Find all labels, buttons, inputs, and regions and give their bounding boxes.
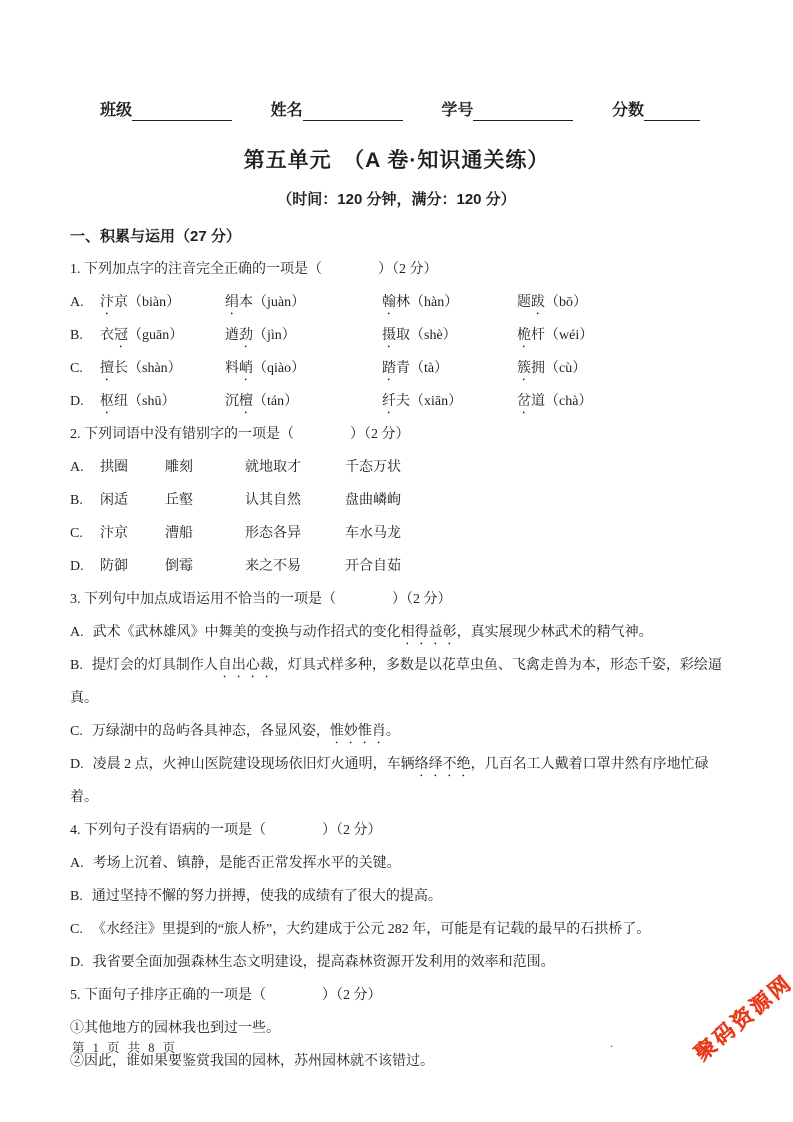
name-field-label: 姓名	[271, 101, 303, 121]
q1-option-c: C. 擅长（shàn） 料峭（qiào） 踏青（tà） 簇拥（cù）	[70, 352, 723, 385]
q2-stem: 2. 下列词语中没有错别字的一项是（ ）（2 分）	[70, 418, 723, 451]
q3-option-b: B.提灯会的灯具制作人自出心裁，灯具式样多种，多数是以花草虫鱼、飞禽走兽为本，形…	[70, 649, 723, 715]
q2-word: 汴京	[100, 517, 165, 550]
option-label: C.	[70, 352, 91, 385]
q1-term: 摄取（shè）	[382, 319, 517, 352]
dotted-idiom: 相得益彰	[401, 625, 457, 640]
q1-term: 擅长（shàn）	[100, 352, 225, 385]
option-label: C.	[70, 922, 83, 937]
q2-word: 车水马龙	[345, 517, 723, 550]
q2-word: 闲适	[100, 484, 165, 517]
option-label: C.	[70, 724, 83, 739]
q4-option-a: A.考场上沉着、镇静，是能否正常发挥水平的关键。	[70, 847, 723, 880]
option-label: A.	[70, 625, 84, 640]
exam-title: 第五单元 （A 卷·知识通关练）	[0, 144, 793, 174]
q2-word: 防御	[100, 550, 165, 583]
q1-term: 题跋（bō）	[517, 286, 723, 319]
q2-word: 倒霉	[165, 550, 245, 583]
q2-word: 漕船	[165, 517, 245, 550]
name-field-blank	[303, 102, 403, 121]
q2-word: 开合自茹	[345, 550, 723, 583]
class-field: 班级	[100, 101, 232, 121]
q1-term: 料峭（qiào）	[225, 352, 382, 385]
option-label: A.	[70, 286, 91, 319]
q1-option-b: B. 衣冠（guān） 遒劲（jìn） 摄取（shè） 桅杆（wéi）	[70, 319, 723, 352]
dotted-idiom: 自出心裁	[218, 658, 274, 673]
q2-option-b: B. 闲适 丘壑 认其自然 盘曲嶙峋	[70, 484, 723, 517]
score-field: 分数	[612, 101, 700, 121]
q2-word: 认其自然	[245, 484, 345, 517]
student-id-field: 学号	[441, 101, 573, 121]
q2-word: 雕刻	[165, 451, 245, 484]
q3-option-a: A.武术《武林雄风》中舞美的变换与动作招式的变化相得益彰，真实展现少林武术的精气…	[70, 616, 723, 649]
q1-term: 衣冠（guān）	[100, 319, 225, 352]
q1-option-a: A. 汴京（biàn） 绢本（juàn） 翰林（hàn） 题跋（bō）	[70, 286, 723, 319]
q1-term: 沉檀（tán）	[225, 385, 382, 418]
q2-option-c: C. 汴京 漕船 形态各异 车水马龙	[70, 517, 723, 550]
class-field-blank	[132, 102, 232, 121]
q3-option-c: C.万绿湖中的岛屿各具神态，各显风姿，惟妙惟肖。	[70, 715, 723, 748]
option-label: D.	[70, 550, 91, 583]
student-id-field-blank	[473, 102, 573, 121]
header-fields: 班级 姓名 学号 分数	[100, 101, 700, 121]
q1-term: 枢纽（shū）	[100, 385, 225, 418]
q1-option-d: D. 枢纽（shū） 沉檀（tán） 纤夫（xiān） 岔道（chà）	[70, 385, 723, 418]
class-field-label: 班级	[100, 101, 132, 121]
q2-option-a: A. 拱圈 雕刻 就地取才 千态万状	[70, 451, 723, 484]
q1-term: 簇拥（cù）	[517, 352, 723, 385]
section-heading: 一、积累与运用（27 分）	[70, 220, 723, 253]
q2-word: 就地取才	[245, 451, 345, 484]
option-label: D.	[70, 757, 84, 772]
q2-word: 拱圈	[100, 451, 165, 484]
q5-stem: 5. 下面句子排序正确的一项是（ ）（2 分）	[70, 979, 723, 1012]
score-field-label: 分数	[612, 101, 644, 121]
q4-option-b: B.通过坚持不懈的努力拼搏，使我的成绩有了很大的提高。	[70, 880, 723, 913]
option-label: A.	[70, 856, 84, 871]
q3-stem: 3. 下列句中加点成语运用不恰当的一项是（ ）（2 分）	[70, 583, 723, 616]
option-label: C.	[70, 517, 91, 550]
q1-term: 岔道（chà）	[517, 385, 723, 418]
option-label: B.	[70, 889, 83, 904]
dotted-idiom: 络绎不绝	[415, 757, 471, 772]
q2-word: 来之不易	[245, 550, 345, 583]
q4-option-c: C.《水经注》里提到的“旅人桥”，大约建成于公元 282 年，可能是有记载的最早…	[70, 913, 723, 946]
q2-word: 盘曲嶙峋	[345, 484, 723, 517]
option-label: B.	[70, 319, 91, 352]
option-label: B.	[70, 484, 91, 517]
option-label: D.	[70, 955, 84, 970]
q2-option-d: D. 防御 倒霉 来之不易 开合自茹	[70, 550, 723, 583]
exam-body: 一、积累与运用（27 分） 1. 下列加点字的注音完全正确的一项是（ ）（2 分…	[70, 220, 723, 1078]
q1-term: 踏青（tà）	[382, 352, 517, 385]
q2-word: 丘壑	[165, 484, 245, 517]
exam-subtitle: （时间：120 分钟，满分：120 分）	[0, 188, 793, 209]
q1-term: 绢本（juàn）	[225, 286, 382, 319]
q4-stem: 4. 下列句子没有语病的一项是（ ）（2 分）	[70, 814, 723, 847]
option-label: B.	[70, 658, 83, 673]
exam-paper-page: 班级 姓名 学号 分数 第五单元 （A 卷·知识通关练） （时间：120 分钟，…	[0, 0, 793, 1122]
q1-term: 遒劲（jìn）	[225, 319, 382, 352]
q1-term: 翰林（hàn）	[382, 286, 517, 319]
dotted-idiom: 惟妙惟肖	[330, 724, 386, 739]
q4-option-d: D.我省要全面加强森林生态文明建设，提高森林资源开发利用的效率和范围。	[70, 946, 723, 979]
option-label: D.	[70, 385, 91, 418]
score-field-blank	[644, 102, 700, 121]
q2-word: 千态万状	[345, 451, 723, 484]
q1-term: 桅杆（wéi）	[517, 319, 723, 352]
q1-term: 汴京（biàn）	[100, 286, 225, 319]
stray-dot: .	[610, 1036, 613, 1051]
footer-page-number: 第 1 页 共 8 页	[72, 1038, 178, 1056]
q2-word: 形态各异	[245, 517, 345, 550]
option-label: A.	[70, 451, 91, 484]
q1-term: 纤夫（xiān）	[382, 385, 517, 418]
student-id-field-label: 学号	[441, 101, 473, 121]
q1-stem: 1. 下列加点字的注音完全正确的一项是（ ）（2 分）	[70, 253, 723, 286]
q3-option-d: D.凌晨 2 点，火神山医院建设现场依旧灯火通明，车辆络绎不绝，几百名工人戴着口…	[70, 748, 723, 814]
name-field: 姓名	[271, 101, 403, 121]
